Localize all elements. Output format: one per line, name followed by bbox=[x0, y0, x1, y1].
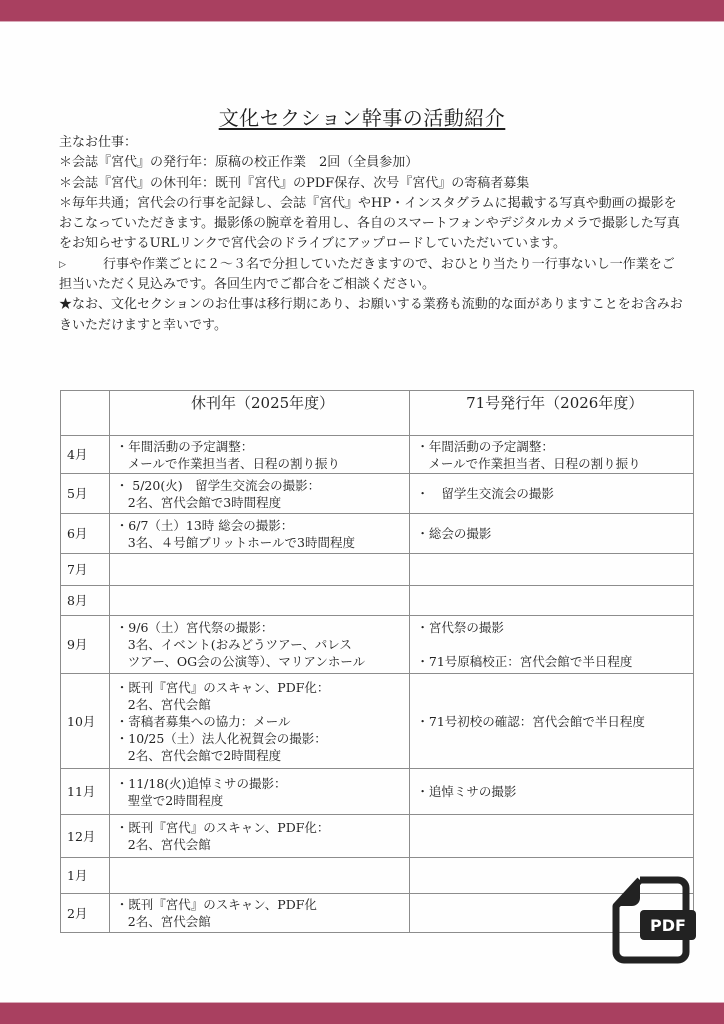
table-row: 4月・年間活動の予定調整：メールで作業担当者、日程の割り振り・年間活動の予定調整… bbox=[61, 436, 694, 474]
intro-item: ＊会誌『宮代』の休刊年：既刊『宮代』のPDF保存、次号『宮代』の寄稿者募集 bbox=[59, 174, 683, 194]
cell-2026: ・年間活動の予定調整：メールで作業担当者、日程の割り振り bbox=[410, 436, 694, 474]
cell-line: ・10/25（土）法人化祝賀会の撮影： bbox=[116, 730, 410, 747]
cell-2026: ・ 留学生交流会の撮影 bbox=[410, 474, 694, 514]
cell-2025 bbox=[109, 586, 410, 616]
month-cell: 5月 bbox=[61, 474, 110, 514]
cell-2026: ・総会の撮影 bbox=[410, 514, 694, 554]
cell-line bbox=[416, 636, 693, 653]
table-row: 2月・既刊『宮代』のスキャン、PDF化2名、宮代会館 bbox=[61, 894, 694, 933]
page-title: 文化セクション幹事の活動紹介 bbox=[0, 104, 724, 132]
cell-line: ツアー、OG会の公演等）、マリアンホール bbox=[116, 653, 410, 670]
cell-2025: ・6/7（土）13時 総会の撮影：3名、４号館ブリットホールで3時間程度 bbox=[109, 514, 410, 554]
cell-2026 bbox=[410, 815, 694, 858]
cell-2026: ・追悼ミサの撮影 bbox=[410, 769, 694, 815]
pdf-file-icon[interactable]: PDF bbox=[608, 872, 698, 964]
intro-star-note: ★なお、文化セクションのお仕事は移行期にあり、お願いする業務も流動的な面がありま… bbox=[59, 295, 683, 336]
triangle-bullet-icon: ▷ bbox=[59, 255, 103, 275]
cell-line: ・既刊『宮代』のスキャン、PDF化： bbox=[116, 819, 410, 836]
cell-line: 3名、４号館ブリットホールで3時間程度 bbox=[116, 534, 410, 551]
cell-line: ・年間活動の予定調整： bbox=[416, 438, 693, 455]
month-cell: 2月 bbox=[61, 894, 110, 933]
cell-2026 bbox=[410, 586, 694, 616]
bottom-color-band bbox=[0, 1002, 724, 1024]
cell-line: ・既刊『宮代』のスキャン、PDF化 bbox=[116, 896, 410, 913]
schedule-table: 休刊年（2025年度） 71号発行年（2026年度） 4月・年間活動の予定調整：… bbox=[60, 390, 694, 933]
cell-line: ・71号初校の確認：宮代会館で半日程度 bbox=[416, 713, 693, 730]
cell-2025: ・11/18(火)追悼ミサの撮影：聖堂で2時間程度 bbox=[109, 769, 410, 815]
table-row: 11月・11/18(火)追悼ミサの撮影：聖堂で2時間程度・追悼ミサの撮影 bbox=[61, 769, 694, 815]
header-2025: 休刊年（2025年度） bbox=[109, 391, 410, 436]
cell-line: ・年間活動の予定調整： bbox=[116, 438, 410, 455]
table-row: 8月 bbox=[61, 586, 694, 616]
cell-2026: ・71号初校の確認：宮代会館で半日程度 bbox=[410, 674, 694, 769]
cell-2025: ・年間活動の予定調整：メールで作業担当者、日程の割り振り bbox=[109, 436, 410, 474]
cell-line: ・総会の撮影 bbox=[416, 525, 693, 542]
month-cell: 4月 bbox=[61, 436, 110, 474]
month-cell: 10月 bbox=[61, 674, 110, 769]
cell-2025: ・ 5/20(火) 留学生交流会の撮影：2名、宮代会館で3時間程度 bbox=[109, 474, 410, 514]
month-cell: 6月 bbox=[61, 514, 110, 554]
cell-line: 2名、宮代会館 bbox=[116, 696, 410, 713]
cell-line: メールで作業担当者、日程の割り振り bbox=[416, 455, 693, 472]
month-cell: 1月 bbox=[61, 858, 110, 894]
cell-line: ・71号原稿校正：宮代会館で半日程度 bbox=[416, 653, 693, 670]
intro-item: ＊会誌『宮代』の発行年：原稿の校正作業 2回（全員参加） bbox=[59, 153, 683, 173]
table-row: 7月 bbox=[61, 554, 694, 586]
cell-line: ・宮代祭の撮影 bbox=[416, 619, 693, 636]
cell-line: ・寄稿者募集への協力：メール bbox=[116, 713, 410, 730]
cell-2025 bbox=[109, 554, 410, 586]
table-row: 9月・9/6（土）宮代祭の撮影：3名、イベント(おみどうツアー、パレスツアー、O… bbox=[61, 616, 694, 674]
cell-line: 2名、宮代会館で2時間程度 bbox=[116, 747, 410, 764]
cell-line: ・11/18(火)追悼ミサの撮影： bbox=[116, 775, 410, 792]
cell-2025: ・既刊『宮代』のスキャン、PDF化2名、宮代会館 bbox=[109, 894, 410, 933]
svg-text:PDF: PDF bbox=[650, 916, 686, 935]
cell-line: ・ 留学生交流会の撮影 bbox=[416, 485, 693, 502]
table-header-row: 休刊年（2025年度） 71号発行年（2026年度） bbox=[61, 391, 694, 436]
month-cell: 8月 bbox=[61, 586, 110, 616]
intro-section: 主なお仕事： ＊会誌『宮代』の発行年：原稿の校正作業 2回（全員参加） ＊会誌『… bbox=[59, 133, 683, 336]
header-2026: 71号発行年（2026年度） bbox=[410, 391, 694, 436]
cell-line: 聖堂で2時間程度 bbox=[116, 792, 410, 809]
cell-line: 2名、宮代会館 bbox=[116, 836, 410, 853]
month-cell: 12月 bbox=[61, 815, 110, 858]
intro-item: ＊毎年共通；宮代会の行事を記録し、会誌『宮代』やHP・インスタグラムに掲載する写… bbox=[59, 194, 683, 255]
table-row: 1月 bbox=[61, 858, 694, 894]
month-cell: 11月 bbox=[61, 769, 110, 815]
cell-2026: ・宮代祭の撮影・71号原稿校正：宮代会館で半日程度 bbox=[410, 616, 694, 674]
cell-line: ・9/6（土）宮代祭の撮影： bbox=[116, 619, 410, 636]
cell-line: 2名、宮代会館で3時間程度 bbox=[116, 494, 410, 511]
cell-line: メールで作業担当者、日程の割り振り bbox=[116, 455, 410, 472]
month-cell: 7月 bbox=[61, 554, 110, 586]
cell-2025: ・既刊『宮代』のスキャン、PDF化：2名、宮代会館・寄稿者募集への協力：メール・… bbox=[109, 674, 410, 769]
table-row: 5月・ 5/20(火) 留学生交流会の撮影：2名、宮代会館で3時間程度・ 留学生… bbox=[61, 474, 694, 514]
cell-line: ・ 5/20(火) 留学生交流会の撮影： bbox=[116, 477, 410, 494]
intro-heading: 主なお仕事： bbox=[59, 133, 683, 153]
cell-2026 bbox=[410, 554, 694, 586]
table-row: 12月・既刊『宮代』のスキャン、PDF化：2名、宮代会館 bbox=[61, 815, 694, 858]
cell-line: ・既刊『宮代』のスキャン、PDF化： bbox=[116, 679, 410, 696]
cell-2025: ・9/6（土）宮代祭の撮影：3名、イベント(おみどうツアー、パレスツアー、OG会… bbox=[109, 616, 410, 674]
cell-line: ・追悼ミサの撮影 bbox=[416, 783, 693, 800]
top-color-band bbox=[0, 0, 724, 22]
table-row: 10月・既刊『宮代』のスキャン、PDF化：2名、宮代会館・寄稿者募集への協力：メ… bbox=[61, 674, 694, 769]
table-row: 6月・6/7（土）13時 総会の撮影：3名、４号館ブリットホールで3時間程度・総… bbox=[61, 514, 694, 554]
header-month bbox=[61, 391, 110, 436]
table-body: 4月・年間活動の予定調整：メールで作業担当者、日程の割り振り・年間活動の予定調整… bbox=[61, 436, 694, 933]
cell-line: 2名、宮代会館 bbox=[116, 913, 410, 930]
cell-2025: ・既刊『宮代』のスキャン、PDF化：2名、宮代会館 bbox=[109, 815, 410, 858]
intro-note-text: 行事や作業ごとに２～３名で分担していただきますので、おひとり当たり一行事ないし一… bbox=[59, 257, 675, 292]
intro-note: ▷行事や作業ごとに２～３名で分担していただきますので、おひとり当たり一行事ないし… bbox=[59, 255, 683, 296]
cell-line: 3名、イベント(おみどうツアー、パレス bbox=[116, 636, 410, 653]
cell-2025 bbox=[109, 858, 410, 894]
month-cell: 9月 bbox=[61, 616, 110, 674]
cell-line: ・6/7（土）13時 総会の撮影： bbox=[116, 517, 410, 534]
